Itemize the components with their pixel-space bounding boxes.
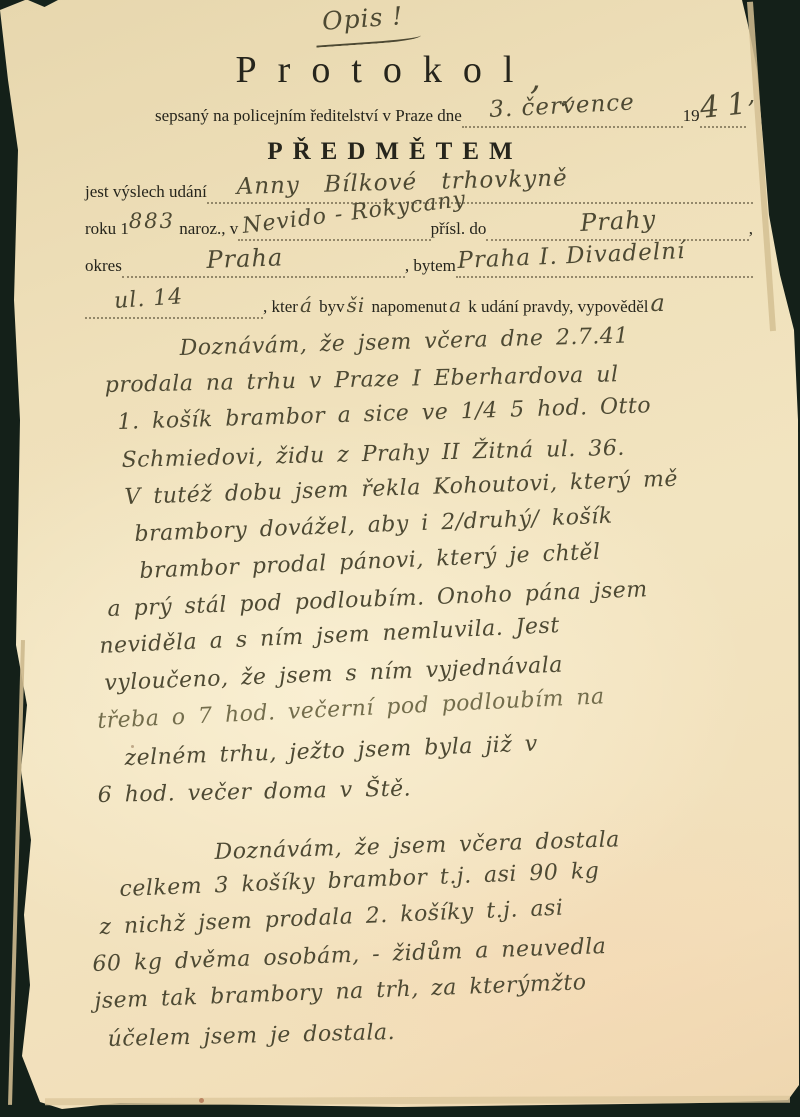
row2-domicile-field: Prahy <box>486 217 748 241</box>
row2-label-roku: roku 1 <box>85 219 129 241</box>
subject-heading-text: PŘEDMĚTEM <box>267 138 522 165</box>
row4-label-napomenut: napomenut <box>367 297 447 319</box>
row4-label-byv: byv <box>315 297 345 319</box>
row3-label-bytem: , bytem <box>405 256 456 278</box>
scanned-document-page: { "colors": { "paper": "#f0e2bd", "scan_… <box>0 0 800 1117</box>
year-flourish: ʼ <box>746 96 755 124</box>
year-printed: 19 <box>683 106 700 128</box>
title-flourish: , <box>530 58 542 98</box>
row2-comma: , <box>749 219 753 241</box>
form-row-birth: roku 1 883 naroz., v Nevido - Rokycany p… <box>85 217 753 241</box>
year-field: 41 <box>700 104 747 128</box>
copy-note-text: Opis ! <box>321 1 404 36</box>
row3-residence-field: Praha I. Divadelní <box>456 254 753 278</box>
row2-birth-year: 883 <box>129 209 175 233</box>
document-title: Protokol <box>0 48 770 92</box>
torn-edge-left <box>8 640 25 1105</box>
row2-birthplace-field: Nevido - Rokycany <box>238 217 430 241</box>
date-field: 3. července <box>462 104 683 128</box>
row4-fill-a3: a <box>648 289 667 317</box>
title-text: Protokol <box>236 49 535 91</box>
row4-street-field: ul. 14 <box>85 295 263 319</box>
row2-domicile: Prahy <box>580 205 657 237</box>
subject-heading: PŘEDMĚTEM <box>0 138 790 166</box>
row1-field: Anny Bílkové trhovkyně <box>207 180 753 204</box>
form-row-district: okres Praha , bytem Praha I. Divadelní <box>85 254 753 278</box>
form-row-admonition: ul. 14 , kter á byv ši napomenut a k udá… <box>85 291 753 319</box>
intro-label: sepsaný na policejním ředitelství v Praz… <box>155 106 462 128</box>
row4-label-kter: , kter <box>263 297 298 319</box>
intro-date-row: sepsaný na policejním ředitelství v Praz… <box>155 100 755 128</box>
row4-fill-a: á <box>298 293 315 317</box>
row4-street: ul. 14 <box>113 284 184 314</box>
row2-label-prisl: přísl. do <box>431 219 487 241</box>
row1-label: jest výslech udání <box>85 182 207 204</box>
row4-label-vypovedel: k udání pravdy, vypověděl <box>464 297 648 319</box>
row3-district-field: Praha <box>122 254 405 278</box>
paper-stain <box>199 1098 204 1103</box>
row3-label-okres: okres <box>85 256 122 278</box>
row4-fill-si: ši <box>345 293 368 317</box>
row3-district: Praha <box>206 243 284 274</box>
row2-label-naroz: naroz., v <box>175 219 238 241</box>
copy-note: Opis ! <box>322 4 403 33</box>
row4-fill-a2: a <box>447 293 464 317</box>
